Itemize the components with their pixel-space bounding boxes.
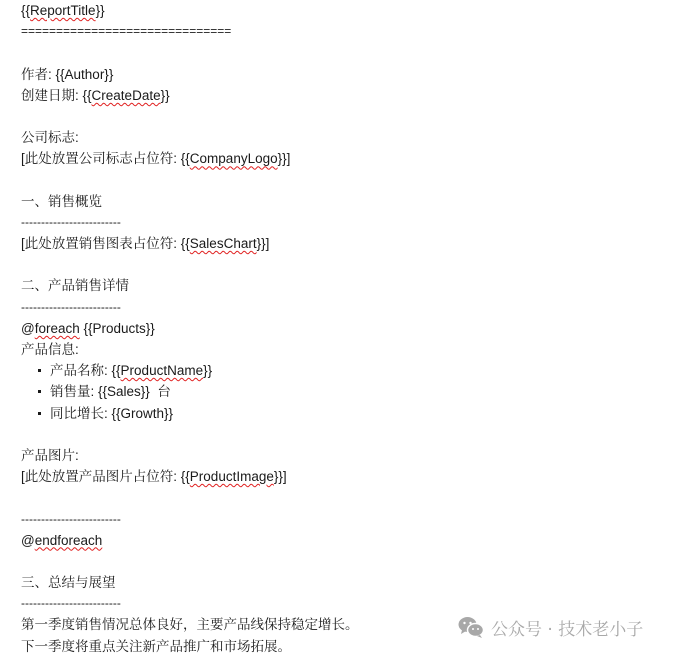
growth-token: {{Growth}} — [112, 406, 174, 421]
bullet-icon — [38, 412, 41, 415]
create-date-line: 创建日期: {{CreateDate}} — [21, 85, 681, 106]
author-line: 作者: {{Author}} — [21, 64, 681, 85]
section-rule: ------------------------- — [21, 593, 681, 614]
section-rule: ------------------------- — [21, 212, 681, 233]
section-heading-summary: 三、总结与展望 — [21, 572, 681, 593]
bullet-label: 同比增长: — [50, 406, 112, 421]
bracket-close: ] — [266, 236, 270, 251]
document-page: {{ReportTitle}} ========================… — [21, 0, 681, 655]
section-heading-sales-overview: 一、销售概览 — [21, 191, 681, 212]
spacer — [21, 254, 681, 275]
product-image-placeholder-line: [此处放置产品图片占位符: {{ProductImage}}] — [21, 466, 681, 487]
sales-chart-placeholder-text: [此处放置销售图表占位符: — [21, 236, 181, 251]
bracket-close: ] — [283, 469, 287, 484]
sales-token: {{Sales}} — [98, 384, 150, 399]
product-name-token: {{ProductName}} — [112, 363, 213, 378]
create-date-label: 创建日期: — [21, 88, 83, 103]
sales-chart-placeholder-line: [此处放置销售图表占位符: {{SalesChart}}] — [21, 233, 681, 254]
title-rule: ============================== — [21, 21, 681, 42]
bullet-label: 销售量: — [50, 384, 98, 399]
product-image-placeholder-text: [此处放置产品图片占位符: — [21, 469, 181, 484]
sales-chart-token: {{SalesChart}} — [181, 236, 266, 251]
spacer — [21, 487, 681, 508]
bullet-icon — [38, 369, 41, 372]
company-logo-token: {{CompanyLogo}} — [181, 151, 287, 166]
spacer — [21, 424, 681, 445]
logo-placeholder-line: [此处放置公司标志占位符: {{CompanyLogo}}] — [21, 148, 681, 169]
watermark-text: 公众号 · 技术老小子 — [491, 615, 643, 640]
products-token: {{Products}} — [80, 321, 155, 336]
spacer — [21, 106, 681, 127]
bullet-item-product-name: 产品名称: {{ProductName}} — [21, 360, 681, 381]
spacer — [21, 551, 681, 572]
report-title-token: ReportTitle — [30, 3, 96, 18]
logo-placeholder-text: [此处放置公司标志占位符: — [21, 151, 181, 166]
endforeach-line: @endforeach — [21, 530, 681, 551]
spacer — [21, 42, 681, 63]
bullet-item-growth: 同比增长: {{Growth}} — [21, 403, 681, 424]
section-heading-product-details: 二、产品销售详情 — [21, 275, 681, 296]
foreach-line: @foreach {{Products}} — [21, 318, 681, 339]
section-rule: ------------------------- — [21, 509, 681, 530]
bullet-label: 产品名称: — [50, 363, 112, 378]
bracket-close: ] — [287, 151, 291, 166]
endforeach-keyword: endforeach — [35, 533, 103, 548]
section-rule: ------------------------- — [21, 297, 681, 318]
product-image-token: {{ProductImage}} — [181, 469, 283, 484]
author-label: 作者: — [21, 67, 56, 82]
report-title-line: {{ReportTitle}} — [21, 0, 681, 21]
create-date-token: {{CreateDate}} — [83, 88, 170, 103]
wechat-icon — [458, 616, 484, 638]
bullet-item-sales: 销售量: {{Sales}} 台 — [21, 381, 681, 402]
logo-heading: 公司标志: — [21, 127, 681, 148]
product-info-label: 产品信息: — [21, 339, 681, 360]
bullet-icon — [38, 390, 41, 393]
author-token: {{Author}} — [56, 67, 114, 82]
product-image-label: 产品图片: — [21, 445, 681, 466]
foreach-keyword: foreach — [35, 321, 80, 336]
bullet-suffix: 台 — [150, 384, 171, 399]
watermark: 公众号 · 技术老小子 — [458, 614, 643, 640]
spacer — [21, 170, 681, 191]
